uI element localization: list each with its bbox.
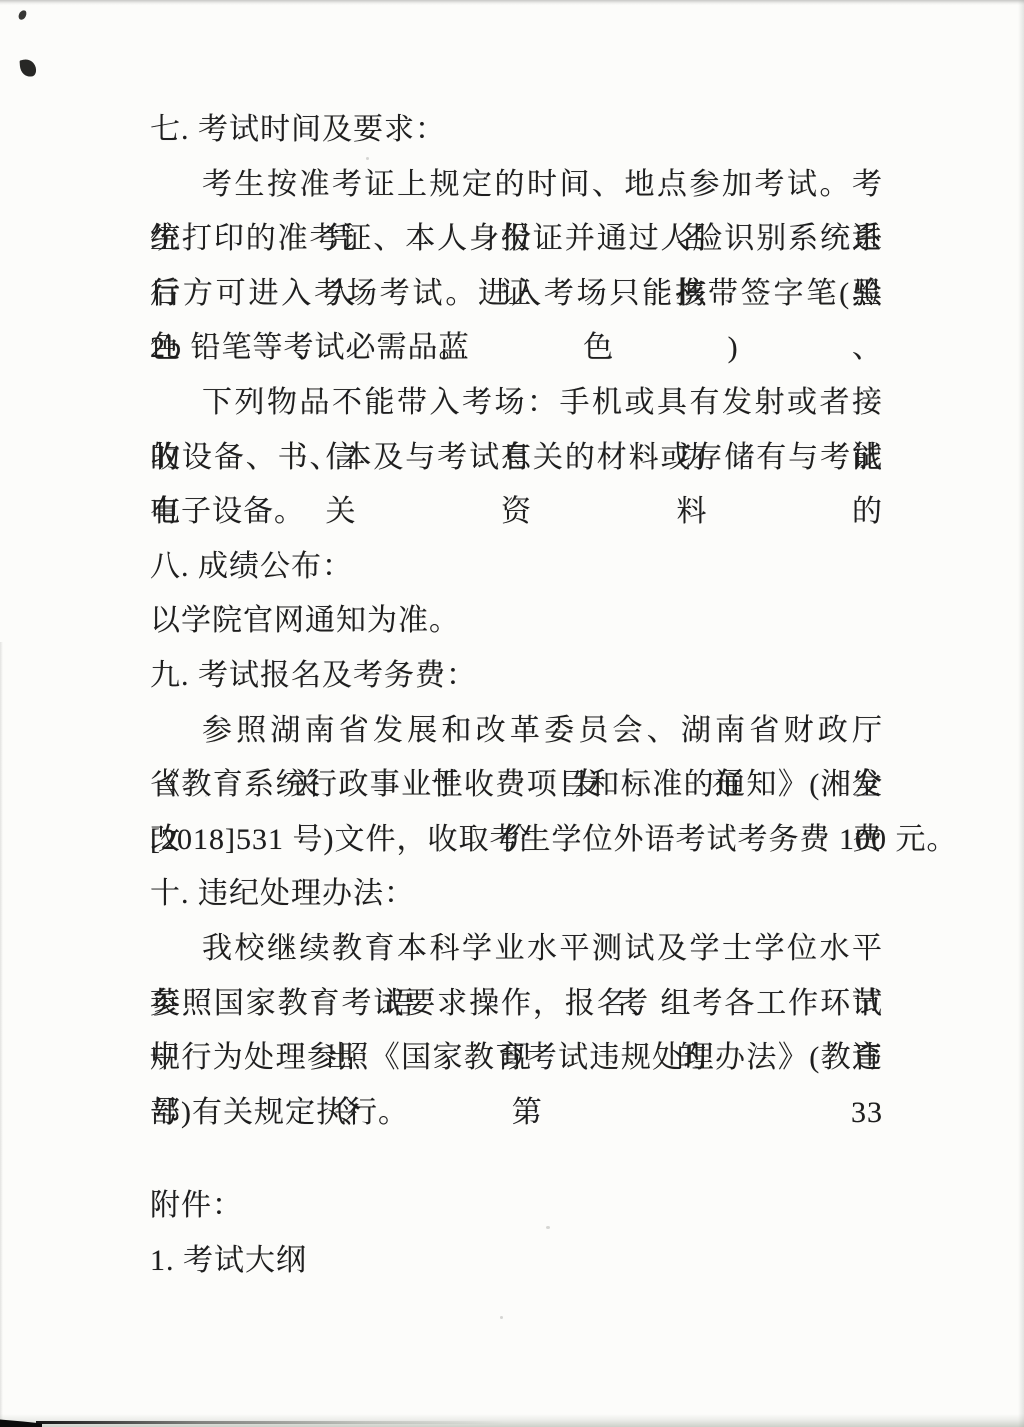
attachment-item-1: 1. 考试大纲 <box>150 1234 883 1289</box>
para-line: 考生按准考证上规定的时间、地点参加考试。考生凭报名系 <box>150 158 883 213</box>
para-line: 的设备、书、本及与考试有关的材料或存储有与考试有关资料的 <box>150 431 883 486</box>
ink-speck-mark <box>17 9 27 21</box>
scan-edge-top-shadow <box>0 0 1024 5</box>
attachments-heading: 附件： <box>150 1179 883 1234</box>
para-line: [2018]531 号)文件，收取考生学位外语考试考务费 100 元。 <box>150 813 883 868</box>
para-line: 参照湖南省发展和改革委员会、湖南省财政厅《关于发布全 <box>150 704 883 759</box>
para-line: 我校继续教育本科学业水平测试及学士学位水平英语考试 <box>150 922 883 977</box>
scan-edge-bottom-line <box>36 1421 506 1424</box>
para-line: 以学院官网通知为准。 <box>150 594 883 649</box>
scan-edge-left-shadow <box>0 642 3 1421</box>
section-8-heading: 八. 成绩公布： <box>150 540 883 595</box>
section-7-heading: 七. 考试时间及要求： <box>150 103 883 158</box>
para-line: 规行为处理参照《国家教育考试违规处理办法》(教育部令第 33 <box>150 1031 883 1086</box>
section-10-heading: 十. 违纪处理办法： <box>150 867 883 922</box>
para-line: 后方可进入考场考试。进入考场只能携带签字笔(黑色、蓝色)、 <box>150 267 883 322</box>
section-9-heading: 九. 考试报名及考务费： <box>150 649 883 704</box>
scan-edge-right-shadow <box>1018 0 1024 1427</box>
para-line: 统打印的准考证、本人身份证并通过人脸识别系统进行人证核验 <box>150 212 883 267</box>
para-line: 参照国家教育考试要求操作，报名、组考各工作环节中出现的违 <box>150 977 883 1032</box>
para-line: 下列物品不能带入考场：手机或具有发射或者接收信息功能 <box>150 376 883 431</box>
scanned-page: 七. 考试时间及要求：考生按准考证上规定的时间、地点参加考试。考生凭报名系统打印… <box>0 0 1024 1427</box>
para-line: 省教育系统行政事业性收费项目和标准的通知》(湘发改价费 <box>150 758 883 813</box>
scan-speck <box>500 1316 503 1319</box>
ink-comma-mark <box>20 57 37 78</box>
text-block: 七. 考试时间及要求：考生按准考证上规定的时间、地点参加考试。考生凭报名系统打印… <box>150 103 883 1288</box>
